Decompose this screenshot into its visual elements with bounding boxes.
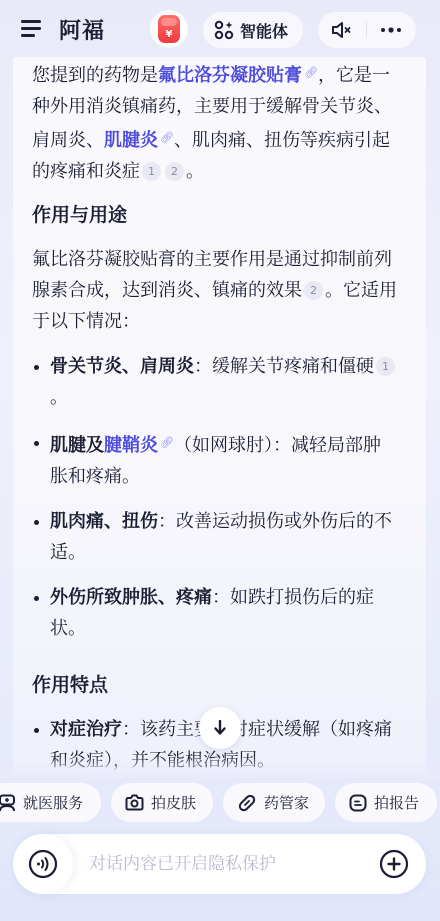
red-packet-icon: ¥ — [158, 15, 180, 43]
list-item: 肌腱及腱鞘炎🔗︎（如网球肘）：减轻局部肿胀和疼痛。 — [32, 427, 398, 492]
chip-label: 药管家 — [264, 792, 309, 813]
item-title: 外伤所致肿胀、疼痛 — [50, 587, 212, 608]
list-item: 外伤所致肿胀、疼痛：如跌打损伤后的症状。 — [32, 582, 398, 644]
chip-medical-service[interactable]: 就医服务 — [0, 783, 101, 822]
uses-paragraph: 氟比洛芬凝胶贴膏的主要作用是通过抑制前列腺素合成，达到消炎、镇痛的效果2。它适用… — [32, 244, 398, 337]
chip-skin-photo[interactable]: 拍皮肤 — [111, 783, 213, 822]
menu-icon[interactable] — [21, 20, 43, 38]
arrow-down-icon — [213, 720, 227, 736]
top-bar: 阿福 ¥ 智能体 — [0, 0, 440, 58]
section-heading-uses: 作用与用途 — [32, 200, 398, 230]
scroll-to-bottom-button[interactable] — [199, 707, 241, 749]
item-title: 对症治疗 — [50, 719, 122, 740]
agent-label: 智能体 — [240, 19, 288, 42]
uses-list: 骨关节炎、肩周炎：缓解关节疼痛和僵硬1。 肌腱及腱鞘炎🔗︎（如网球肘）：减轻局部… — [32, 351, 398, 644]
app-title: 阿福 — [59, 14, 105, 45]
citation-1[interactable]: 1 — [142, 162, 161, 181]
voice-wave-icon — [28, 849, 58, 879]
drug-link[interactable]: 氟比洛芬凝胶贴膏 — [158, 65, 302, 86]
intro-paragraph: 您提到的药物是氟比洛芬凝胶贴膏🔗︎，它是一种外用消炎镇痛药，主要用于缓解骨关节炎… — [32, 57, 398, 181]
voice-input-button[interactable] — [13, 834, 73, 894]
citation-1[interactable]: 1 — [376, 357, 395, 376]
list-item: 肌肉痛、扭伤：改善运动损伤或外伤后的不适。 — [32, 506, 398, 568]
add-attachment-button[interactable] — [374, 844, 414, 884]
link-icon: 🔗︎ — [304, 66, 318, 79]
item-text: ：缓解关节疼痛和僵硬 — [194, 356, 374, 377]
chat-input-bar — [13, 834, 426, 894]
text: 您提到的药物是 — [32, 65, 158, 86]
chip-report-photo[interactable]: 拍报告 — [335, 783, 437, 822]
chip-label: 拍皮肤 — [151, 792, 196, 813]
chip-label: 拍报告 — [374, 792, 419, 813]
agent-button[interactable]: 智能体 — [203, 12, 303, 48]
assistant-message-content: 您提到的药物是氟比洛芬凝胶贴膏🔗︎，它是一种外用消炎镇痛药，主要用于缓解骨关节炎… — [32, 57, 398, 776]
item-title: 骨关节炎、肩周炎 — [50, 356, 194, 377]
quick-action-chips: 就医服务 拍皮肤 药管家 拍报告 — [0, 783, 440, 823]
more-button[interactable] — [367, 12, 415, 48]
pill-icon — [237, 793, 257, 813]
chip-label: 就医服务 — [23, 792, 83, 813]
doctor-icon — [0, 794, 16, 812]
item-title: 肌肉痛、扭伤 — [50, 511, 158, 532]
section-heading-features: 作用特点 — [32, 670, 398, 700]
red-packet-button[interactable]: ¥ — [150, 10, 188, 48]
list-item: 骨关节炎、肩周炎：缓解关节疼痛和僵硬1。 — [32, 351, 398, 413]
text: 。 — [50, 387, 68, 408]
speaker-muted-icon — [331, 21, 353, 39]
tenosynovitis-link[interactable]: 腱鞘炎 — [104, 435, 158, 456]
link-icon: 🔗︎ — [160, 436, 174, 449]
item-title: 肌腱及 — [50, 435, 104, 456]
report-icon — [349, 794, 367, 812]
citation-2[interactable]: 2 — [304, 281, 323, 300]
tendinitis-link[interactable]: 肌腱炎 — [104, 130, 158, 151]
citation-2[interactable]: 2 — [165, 162, 184, 181]
mute-button[interactable] — [318, 12, 366, 48]
yuan-symbol: ¥ — [166, 29, 173, 40]
text: 。 — [186, 161, 204, 182]
more-dots-icon — [380, 26, 402, 34]
chip-medicine-manager[interactable]: 药管家 — [223, 783, 325, 822]
plus-circle-icon — [379, 849, 409, 879]
agent-grid-icon — [214, 20, 234, 40]
chat-input[interactable] — [89, 854, 374, 874]
camera-icon — [125, 793, 144, 812]
control-pill — [318, 12, 416, 48]
link-icon: 🔗︎ — [160, 131, 174, 144]
content-fade — [0, 756, 440, 778]
